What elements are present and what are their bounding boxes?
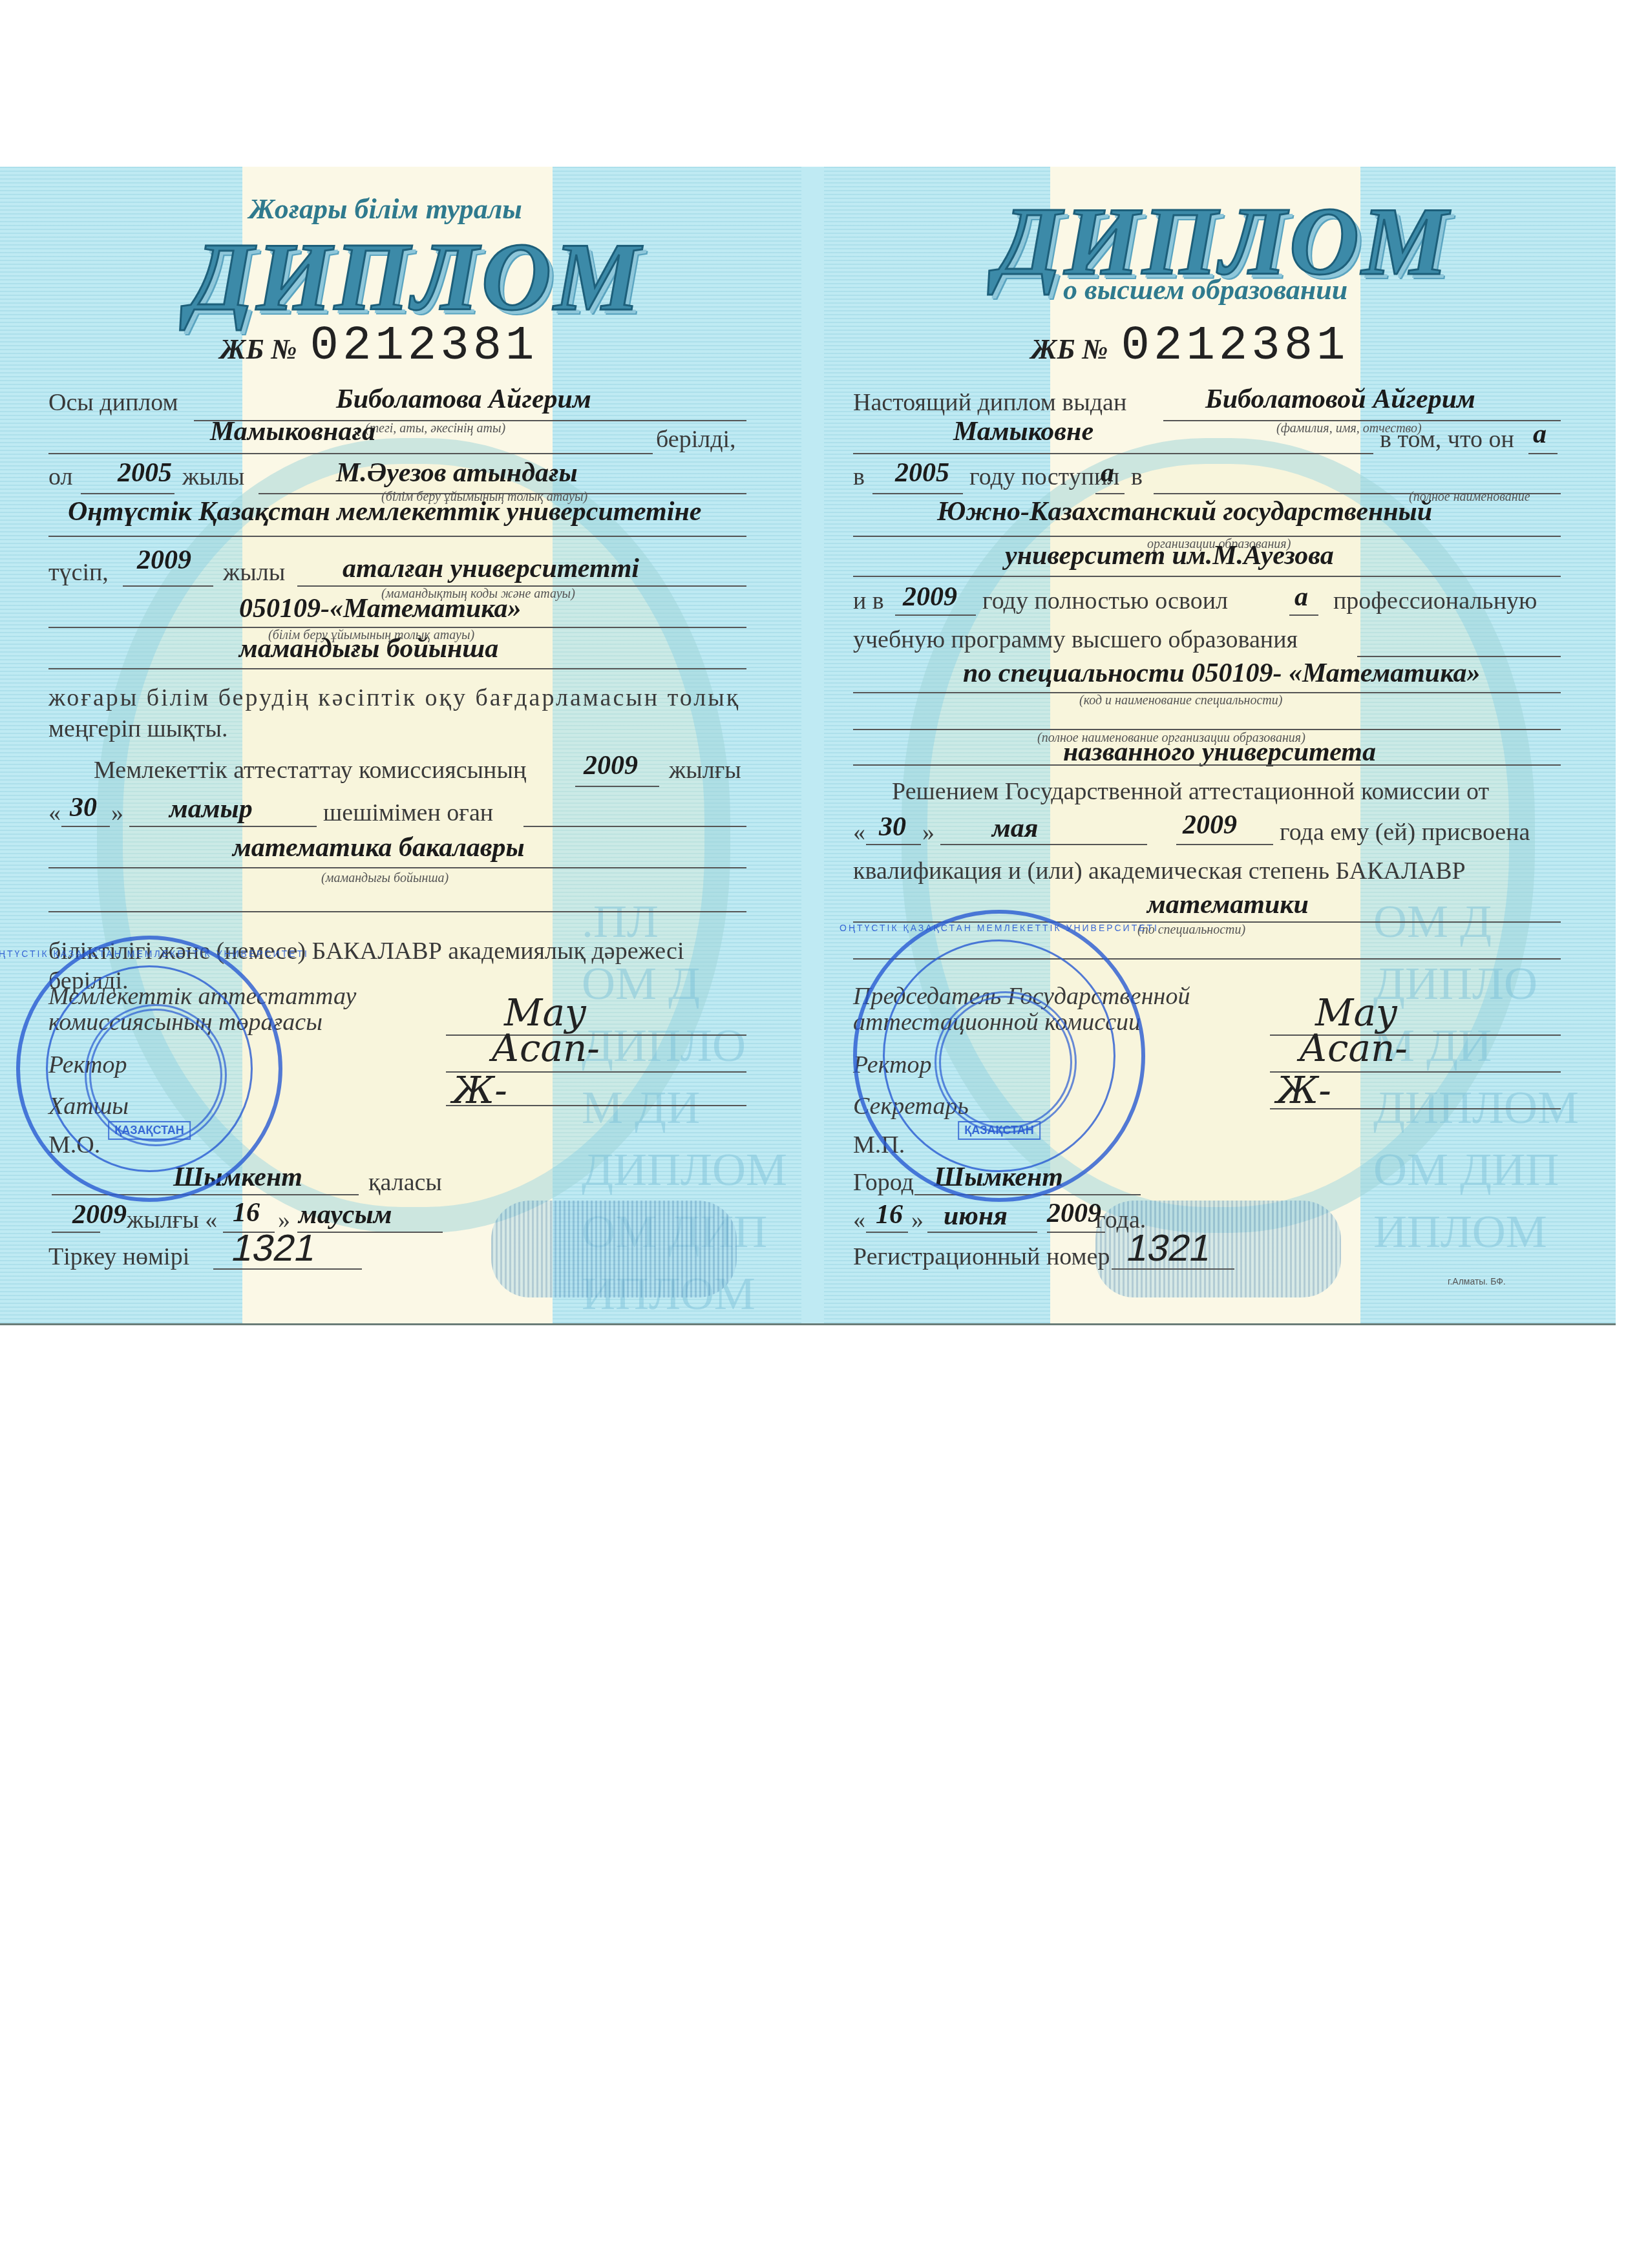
fill-line <box>123 585 213 587</box>
label-issued-to: Настоящий диплом выдан <box>853 388 1126 417</box>
named-university: аталған университетті <box>343 553 639 584</box>
fill-line <box>1357 656 1561 657</box>
gender-ending: а <box>1533 419 1547 450</box>
fill-line <box>1289 614 1318 616</box>
fill-line <box>895 614 976 616</box>
university-name-2: университет им.М.Ауезова <box>1005 540 1334 571</box>
label-year: жылы <box>182 463 244 491</box>
fill-line <box>1528 453 1558 454</box>
fill-line <box>129 826 317 827</box>
label-registration: Тіркеу нөмірі <box>48 1243 189 1271</box>
diploma-title: ДИПЛОМ <box>187 222 642 333</box>
fill-line <box>872 493 963 494</box>
decision-suffix: года ему (ей) присвоена <box>1280 818 1530 846</box>
issue-year: 2009 <box>1047 1198 1101 1229</box>
fill-line <box>853 576 1561 577</box>
fill-line <box>48 453 653 454</box>
serial-prefix: ЖБ № <box>1031 333 1108 365</box>
decision-day: 30 <box>879 812 906 843</box>
fill-line <box>81 493 174 494</box>
label-and-in: и в <box>853 587 884 615</box>
issue-year: 2009 <box>72 1199 127 1230</box>
fill-line <box>48 911 746 912</box>
decision-month: мая <box>992 813 1038 844</box>
fill-line <box>52 1194 359 1195</box>
degree-text: квалификация и (или) академическая степе… <box>853 857 1466 885</box>
label-mastered: году полностью освоил <box>982 587 1228 615</box>
subtitle: о высшем образовании <box>1063 273 1347 306</box>
russian-page: ОМ ДДИПЛОМ ДИДИПЛОМОМ ДИПИПЛОМ ДИПЛОМ о … <box>824 167 1616 1323</box>
fill-line <box>853 729 1561 730</box>
fill-line <box>48 668 746 669</box>
fill-line <box>1095 493 1125 494</box>
caption: (тегі, аты, әкесінің аты) <box>365 421 505 436</box>
fill-line <box>575 786 659 787</box>
graduation-year: 2009 <box>137 545 191 576</box>
entry-year: 2005 <box>895 457 949 488</box>
fill-line <box>927 1232 1037 1233</box>
diploma-sheet: .ПЛОМ ДДИПЛОМ ДИДИПЛОМОМ ДИПИПЛОМ Жоғары… <box>0 167 1616 1325</box>
serial-digits: 0212381 <box>1121 319 1349 373</box>
issue-day: 16 <box>876 1199 903 1230</box>
caption: (код и наименование специальности) <box>1079 693 1282 708</box>
qualification: математики <box>1147 889 1309 920</box>
decision-year: 2009 <box>1183 810 1237 841</box>
label-professional: профессиональную <box>1333 587 1537 615</box>
org-name: названного университета <box>1063 737 1376 768</box>
signature-secretary: Ж- <box>452 1068 507 1112</box>
holder-patronymic: Мамыковне <box>953 416 1093 447</box>
specialty-code: 050109-«Математика» <box>239 593 522 624</box>
serial-number: ЖБ №0212381 <box>1031 319 1349 373</box>
university-name-1: М.Әуезов атындағы <box>336 457 578 488</box>
signature-rector: Асап- <box>1299 1026 1408 1070</box>
quote-close: » <box>922 818 935 846</box>
label-in: в <box>1131 463 1143 491</box>
printer-mark: г.Алматы. БФ. <box>1448 1276 1506 1286</box>
quote-open: « <box>853 1206 865 1234</box>
fill-line <box>853 764 1561 766</box>
kazakh-page: .ПЛОМ ДДИПЛОМ ДИДИПЛОМОМ ДИПИПЛОМ Жоғары… <box>0 167 801 1323</box>
fill-line <box>48 867 746 868</box>
holder-name: Биболатовой Айгерим <box>1205 384 1475 415</box>
entry-year: 2005 <box>118 457 172 488</box>
fill-line <box>523 826 746 827</box>
fill-line <box>866 844 921 845</box>
seal-emblem-label: ҚАЗАҚСТАН <box>958 1121 1041 1140</box>
label-year: жылы <box>223 558 285 587</box>
quote-open: « <box>853 818 865 846</box>
subtitle: Жоғары білім туралы <box>249 193 522 226</box>
specialty: по специальности 050109- «Математика» <box>963 658 1480 689</box>
issue-day: 16 <box>233 1197 260 1228</box>
university-seal: ОҢТҮСТІК ҚАЗАҚСТАН МЕМЛЕКЕТТІК УНИВЕРСИТ… <box>853 910 1145 1202</box>
label-year-gen: жылғы <box>669 756 741 784</box>
fill-line <box>52 1232 100 1233</box>
label-in: в <box>853 463 865 491</box>
serial-prefix: ЖБ № <box>220 333 297 365</box>
holder-patronymic: Мамыковнаға <box>210 416 375 447</box>
serial-number: ЖБ №0212381 <box>220 319 538 373</box>
issue-month: июня <box>944 1201 1008 1232</box>
label-entered: году поступил <box>969 463 1119 491</box>
commission-year: 2009 <box>584 750 638 781</box>
university-seal: ОҢТҮСТІК ҚАЗАҚСТАН МЕМЛЕКЕТТІК УНИВЕРСИТ… <box>16 936 282 1202</box>
label-this-diploma: Осы диплом <box>48 388 178 417</box>
quote-open: « <box>48 799 61 827</box>
caption: (мамандығы бойынша) <box>321 871 449 886</box>
state-emblem-icon <box>935 991 1077 1133</box>
registration-number: 1321 <box>228 1226 321 1270</box>
fill-line <box>866 1232 908 1233</box>
signature-rector: Асап- <box>491 1026 600 1070</box>
holder-name: Биболатова Айгерим <box>336 384 591 415</box>
gender-ending: а <box>1101 457 1114 488</box>
university-name-1: Южно-Казахстанский государственный <box>937 496 1432 527</box>
label-city: Город <box>853 1168 914 1197</box>
quote-close: » <box>111 799 123 827</box>
signature-secretary: Ж- <box>1276 1068 1331 1112</box>
label-ol: ол <box>48 463 72 491</box>
quote-close: » <box>911 1206 924 1234</box>
fill-line <box>61 826 110 827</box>
fill-line <box>48 536 746 537</box>
specialty-suffix: мамандығы бойынша <box>239 633 498 664</box>
label-city: қаласы <box>368 1168 442 1197</box>
label-registration: Регистрационный номер <box>853 1243 1110 1271</box>
decision-month: мамыр <box>169 793 253 824</box>
seal-text: ОҢТҮСТІК ҚАЗАҚСТАН МЕМЛЕКЕТТІК УНИВЕРСИТ… <box>840 923 1159 933</box>
paragraph-text: жоғары білім берудің кәсіптік оқу бағдар… <box>48 684 740 712</box>
commission-text: Мемлекеттік аттестаттау комиссиясының <box>94 756 526 784</box>
label-that-he: в том, что он <box>1380 425 1514 454</box>
graduation-year: 2009 <box>903 582 957 613</box>
fill-line <box>940 844 1147 845</box>
guilloche-ornament <box>491 1201 737 1297</box>
label-year-gen: жылғы « <box>127 1206 217 1234</box>
serial-digits: 0212381 <box>310 319 538 373</box>
decision-suffix: шешімімен оған <box>323 799 493 827</box>
watermark-text: ОМ ДДИПЛОМ ДИДИПЛОМОМ ДИПИПЛОМ <box>1373 890 1579 1263</box>
seal-emblem-label: ҚАЗАҚСТАН <box>108 1121 191 1140</box>
seal-text: ОҢТҮСТІК ҚАЗАҚСТАН МЕМЛЕКЕТТІК УНИВЕРСИТ… <box>0 949 309 959</box>
paragraph-text: меңгеріп шықты. <box>48 715 228 743</box>
decision-day: 30 <box>70 792 97 823</box>
fill-line <box>853 453 1373 454</box>
gender-ending: а <box>1294 582 1308 613</box>
university-name-2: Оңтүстік Қазақстан мемлекеттік университ… <box>68 496 701 527</box>
fill-line <box>1176 844 1273 845</box>
issue-month: маусым <box>299 1199 392 1230</box>
label-issued: берілді, <box>656 425 736 454</box>
label-entered: түсіп, <box>48 558 109 587</box>
label-program: учебную программу высшего образования <box>853 625 1298 654</box>
registration-number: 1321 <box>1123 1226 1216 1270</box>
decision-text: Решением Государственной аттестационной … <box>892 777 1489 806</box>
qualification: математика бакалавры <box>233 832 525 863</box>
